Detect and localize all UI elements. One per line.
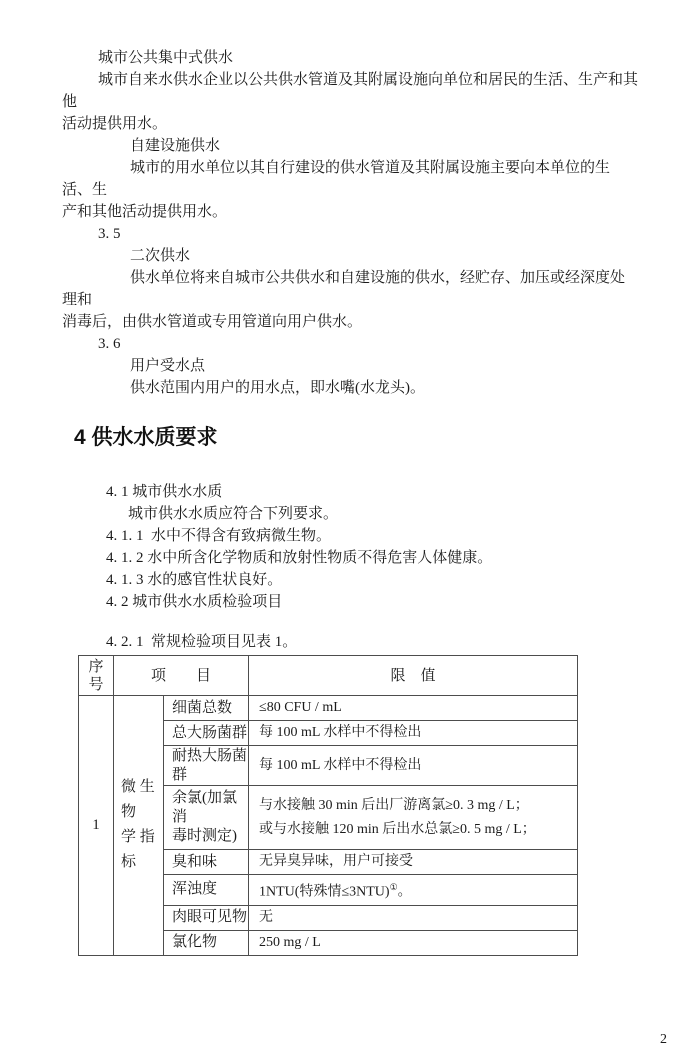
page-body: 城市公共集中式供水 城市自来水供水企业以公共供水管道及其附属设施向单位和居民的生… (0, 0, 699, 956)
cell-item: 余氯(加氯消 毒时测定) (164, 786, 249, 850)
water-quality-table: 序 号 项 目 限 值 1 微 生 物 学 指 标 细菌总数 ≤80 CFU /… (78, 655, 578, 956)
cell-item: 细菌总数 (164, 696, 249, 721)
cell-limit: 与水接触 30 min 后出厂游离氯≥0. 3 mg / L； 或与水接触 12… (249, 786, 578, 850)
doc-paragraph: 4. 2 城市供水水质检验项目 (62, 591, 639, 613)
limit-text-tail: 。 (398, 885, 412, 900)
document-page: 城市公共集中式供水 城市自来水供水企业以公共供水管道及其附属设施向单位和居民的生… (0, 0, 699, 1053)
limit-text: 1NTU(特殊情≤3NTU) (259, 885, 390, 900)
cell-seq-no: 1 (79, 696, 114, 956)
footnote-marker: ① (390, 882, 398, 892)
cell-limit: ≤80 CFU / mL (249, 696, 578, 721)
doc-paragraph: 城市公共集中式供水 (62, 47, 639, 69)
term-title: 二次供水 (62, 245, 639, 267)
section-heading: 4 供水水质要求 (74, 423, 639, 453)
table-header-row: 序 号 项 目 限 值 (79, 656, 578, 696)
doc-paragraph: 4. 1. 2 水中所含化学物质和放射性物质不得危害人体健康。 (62, 547, 639, 569)
table-intro: 4. 2. 1 常规检验项目见表 1。 (62, 631, 639, 653)
cell-limit: 每 100 mL 水样中不得检出 (249, 746, 578, 786)
doc-paragraph: 供水范围内用户的用水点，即水嘴(水龙头)。 (62, 377, 639, 399)
cell-limit: 250 mg / L (249, 930, 578, 955)
doc-paragraph: 4. 1. 1 水中不得含有致病微生物。 (62, 525, 639, 547)
cell-item: 总大肠菌群 (164, 721, 249, 746)
page-number: 2 (660, 1032, 667, 1048)
table-row: 1 微 生 物 学 指 标 细菌总数 ≤80 CFU / mL (79, 696, 578, 721)
cell-item: 浑浊度 (164, 875, 249, 906)
doc-paragraph: 城市自来水供水企业以公共供水管道及其附属设施向单位和居民的生活、生产和其他 活动… (62, 69, 639, 135)
cell-item: 肉眼可见物 (164, 905, 249, 930)
cell-item: 耐热大肠菌 群 (164, 746, 249, 786)
cell-item: 臭和味 (164, 850, 249, 875)
doc-paragraph: 4. 1. 3 水的感官性状良好。 (62, 569, 639, 591)
doc-paragraph: 城市供水水质应符合下列要求。 (62, 503, 639, 525)
cell-limit: 每 100 mL 水样中不得检出 (249, 721, 578, 746)
doc-paragraph: 城市的用水单位以其自行建设的供水管道及其附属设施主要向本单位的生活、生 产和其他… (62, 157, 639, 223)
col-header-limit: 限 值 (249, 656, 578, 696)
col-header-seq: 序 号 (79, 656, 114, 696)
doc-paragraph: 自建设施供水 (62, 135, 639, 157)
section-4: 4. 1 城市供水水质 城市供水水质应符合下列要求。 4. 1. 1 水中不得含… (62, 481, 639, 613)
clause-number: 3. 6 (62, 333, 639, 355)
doc-paragraph: 4. 1 城市供水水质 (62, 481, 639, 503)
cell-item: 氯化物 (164, 930, 249, 955)
term-title: 用户受水点 (62, 355, 639, 377)
doc-paragraph: 供水单位将来自城市公共供水和自建设施的供水，经贮存、加压或经深度处理和 消毒后，… (62, 267, 639, 333)
cell-limit: 1NTU(特殊情≤3NTU)①。 (249, 875, 578, 906)
cell-limit: 无 (249, 905, 578, 930)
clause-number: 3. 5 (62, 223, 639, 245)
col-header-item: 项 目 (114, 656, 249, 696)
cell-category: 微 生 物 学 指 标 (114, 696, 164, 956)
cell-limit: 无异臭异味，用户可接受 (249, 850, 578, 875)
